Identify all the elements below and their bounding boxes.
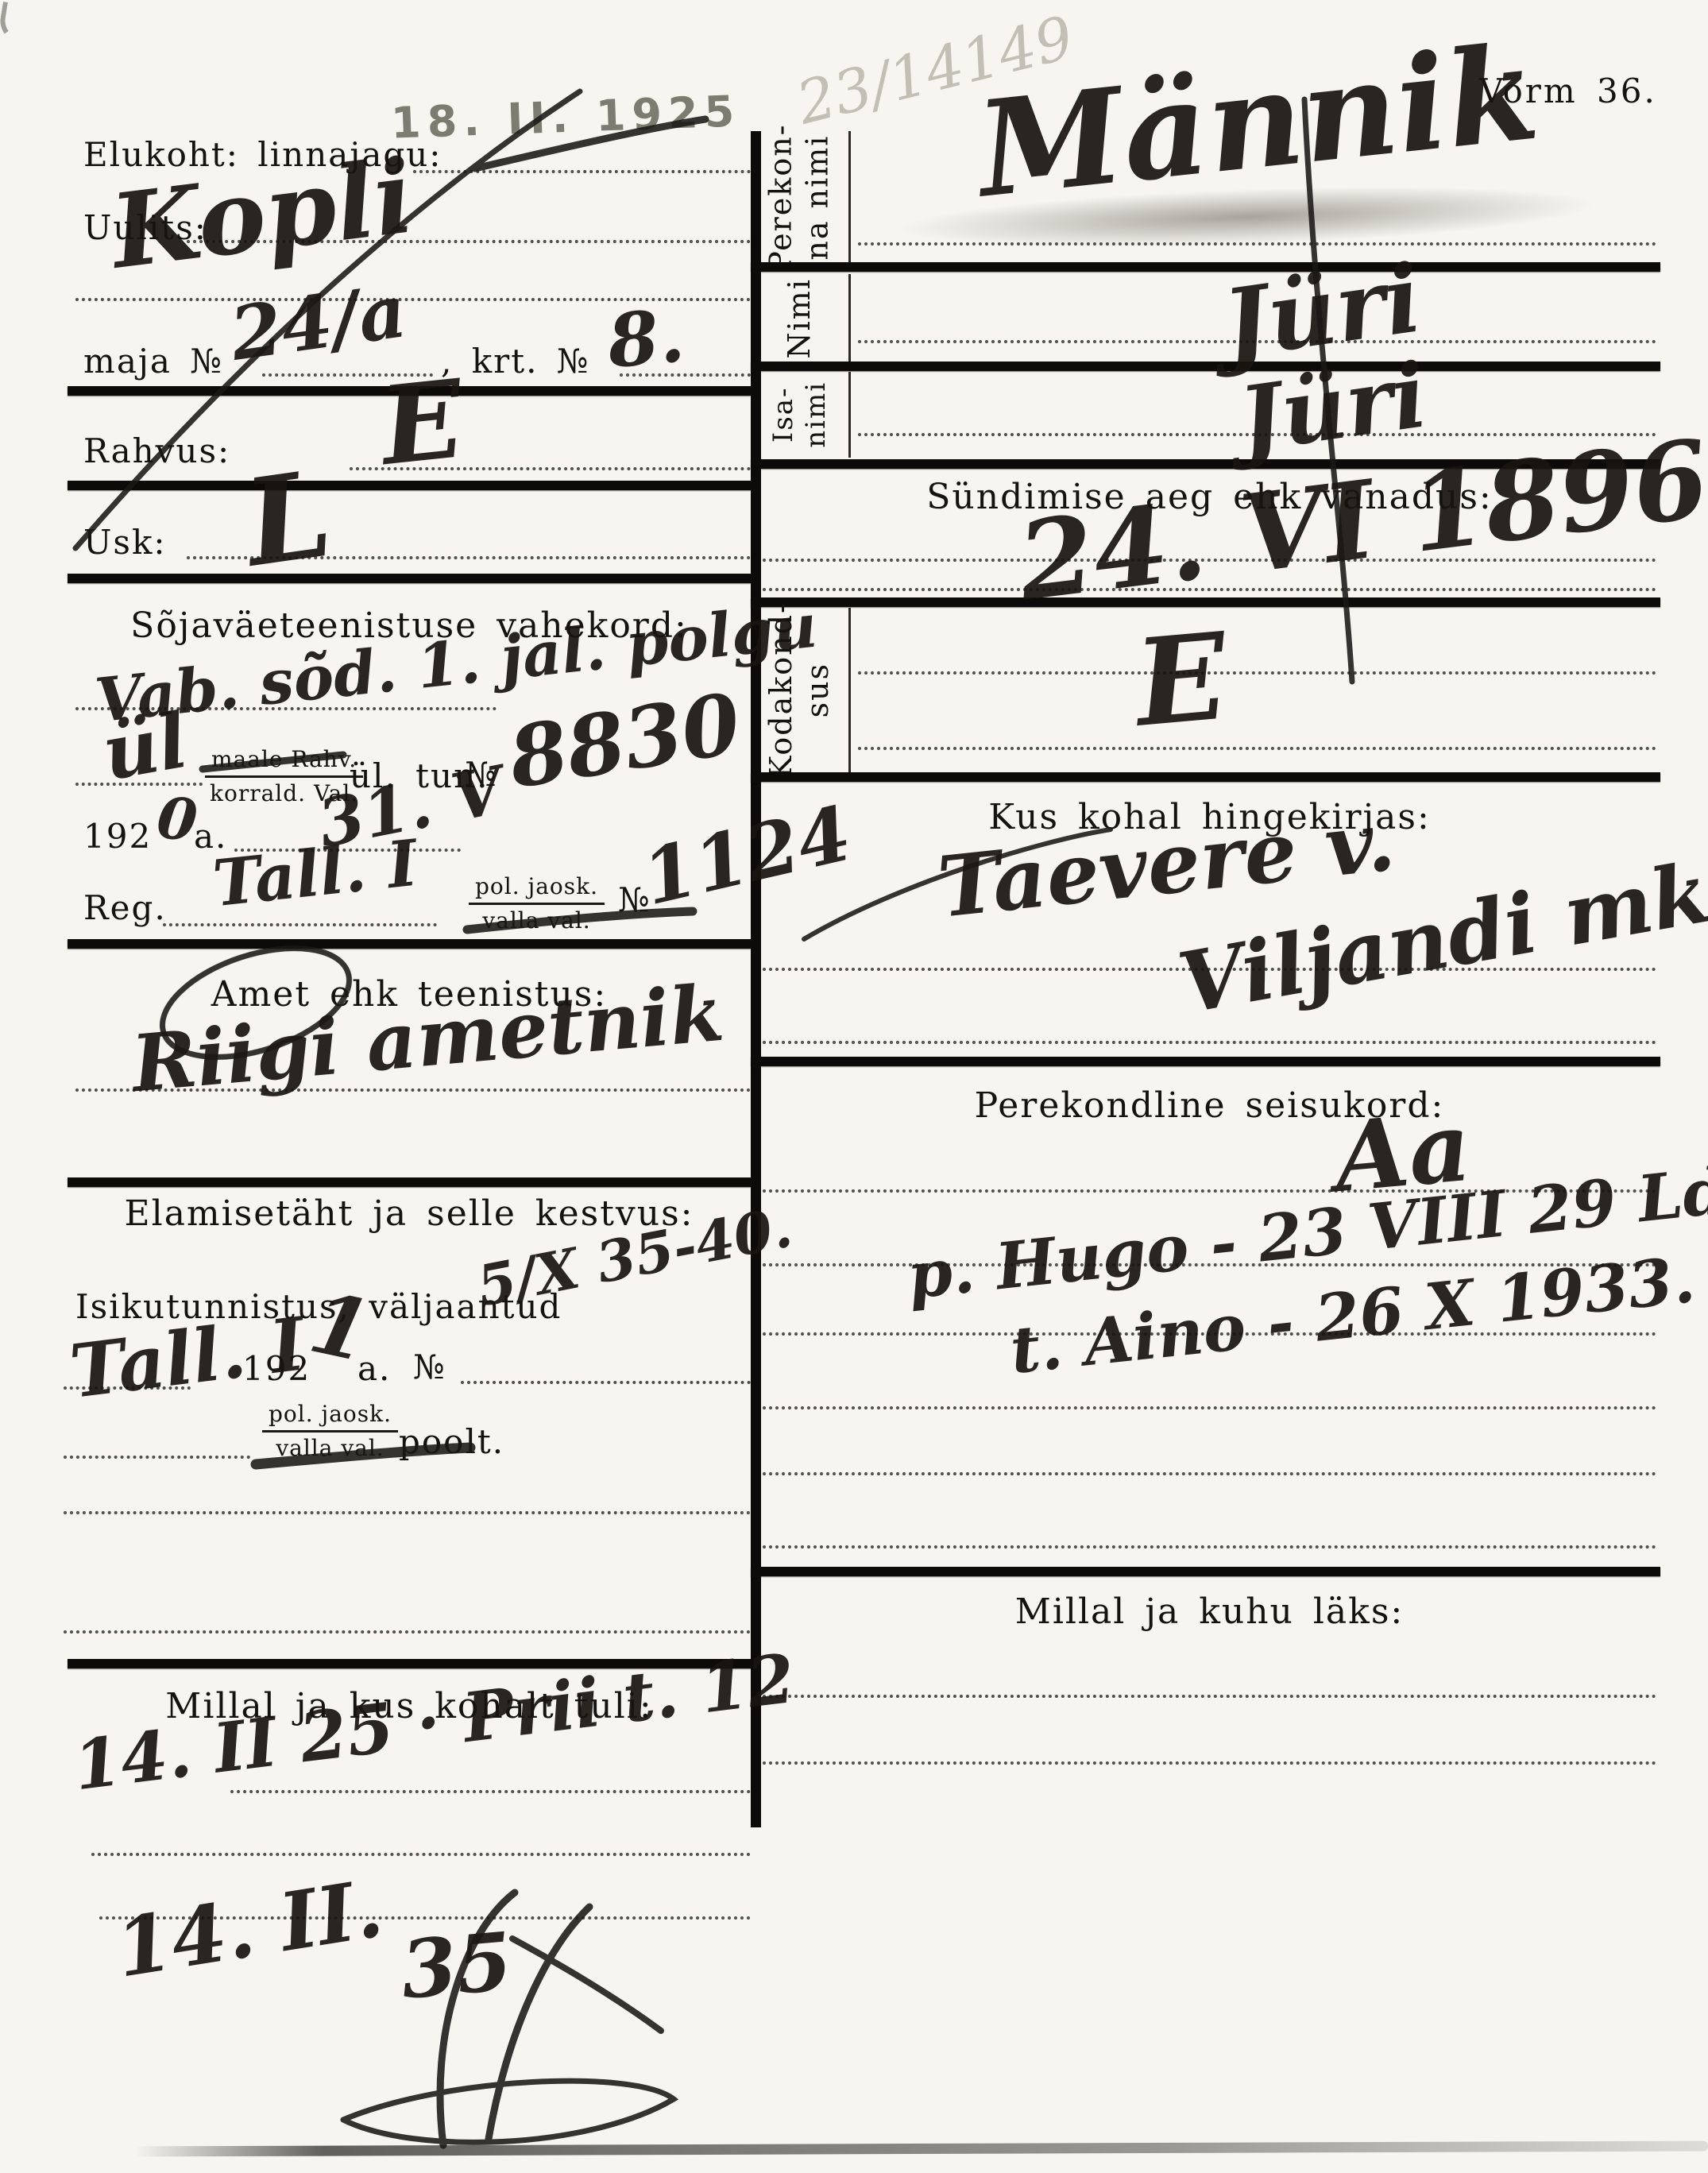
residence-dotted-line <box>413 170 751 173</box>
dotted-line <box>230 1790 751 1793</box>
citizenship-dotted-line <box>858 747 1656 750</box>
bottom-year-handwriting: 35 <box>397 1914 516 2017</box>
section-rule <box>68 939 751 949</box>
surname-label-line1: Perekon- <box>763 124 800 272</box>
signature-flourish <box>343 2081 674 2142</box>
father-name-vertical-label: Isa- nimi <box>751 372 848 458</box>
police-district-bottom: valla val. <box>469 905 605 935</box>
religion-label: Usk: <box>83 523 167 562</box>
police-district-top: pol. jaosk. <box>469 872 605 905</box>
section-rule <box>751 1567 1660 1576</box>
police-district-bottom: valla val. <box>262 1433 398 1463</box>
year-prefix: 192 <box>83 817 152 856</box>
dotted-line <box>763 1041 1656 1044</box>
scan-bottom-smudge <box>135 2141 1708 2157</box>
year-digit-handwriting: 0 <box>154 783 201 855</box>
citizenship-dotted-line <box>858 671 1656 675</box>
father-label-line1: Isa- <box>767 381 800 448</box>
rural-authority-top: maale Rahv. <box>205 745 363 778</box>
citizenship-handwriting: E <box>1130 606 1233 753</box>
reg-label: Reg. <box>83 888 167 927</box>
section-rule <box>751 262 1660 272</box>
dotted-line <box>461 1381 751 1384</box>
label-separator <box>848 131 851 265</box>
section-rule <box>751 362 1660 371</box>
section-rule <box>68 574 751 583</box>
departure-heading: Millal ja kuhu läks: <box>763 1591 1656 1632</box>
surname-vertical-label: Perekon- na nimi <box>751 131 848 265</box>
date-stamp: 18. II. 1925 <box>390 86 741 148</box>
dotted-line <box>763 1406 1656 1409</box>
section-rule <box>751 1057 1660 1066</box>
police-district-top: pol. jaosk. <box>262 1400 398 1433</box>
section-rule <box>68 1177 751 1187</box>
dotted-line <box>64 1511 751 1514</box>
military-handwriting-line2: ül <box>96 697 194 798</box>
father-label-line2: nimi <box>799 381 832 448</box>
religion-handwriting: L <box>237 444 339 594</box>
house-number-label: maja № <box>83 342 223 381</box>
dotted-line <box>163 923 437 926</box>
house-number-handwriting: 24/a <box>226 268 412 377</box>
nationality-label: Rahvus: <box>83 431 230 470</box>
bottom-date-handwriting: 14. II. <box>110 1861 388 1995</box>
dotted-line <box>763 1545 1656 1549</box>
surname-label-line2: na nimi <box>800 124 837 272</box>
name-label: Nimi <box>782 278 818 359</box>
apartment-number-handwriting: 8. <box>604 292 687 385</box>
section-rule <box>751 772 1660 782</box>
registration-card-page: 18. II. 1925 23/14149 Vorm 36. Elukoht: … <box>0 0 1708 2173</box>
certificate-number-handwriting: 8830 <box>502 674 747 807</box>
dotted-line <box>91 1853 751 1856</box>
poolt-label: poolt. <box>399 1422 504 1461</box>
nationality-handwriting: E <box>375 355 470 489</box>
reg-number-handwriting: 1124 <box>635 790 860 923</box>
label-separator <box>848 372 851 458</box>
dotted-line <box>763 1472 1656 1475</box>
police-district-small-label: pol. jaosk. valla val. <box>469 872 605 936</box>
apartment-number-label: , krt. № <box>441 342 590 381</box>
dotted-line <box>763 1695 1656 1698</box>
numero-sign: № <box>413 1347 446 1386</box>
scan-corner-artifact <box>0 2 27 43</box>
signature-stroke <box>512 1939 661 2031</box>
family-status-heading: Perekondline seisukord: <box>763 1085 1656 1126</box>
label-separator <box>848 608 851 772</box>
dotted-line <box>64 1456 250 1459</box>
dotted-line <box>763 1761 1656 1765</box>
dotted-line <box>64 1630 751 1634</box>
label-separator <box>848 274 851 363</box>
name-vertical-label: Nimi <box>751 274 848 363</box>
military-registry-handwriting: Tall. I <box>210 826 421 921</box>
police-district-small-label-2: pol. jaosk. valla val. <box>262 1400 398 1463</box>
